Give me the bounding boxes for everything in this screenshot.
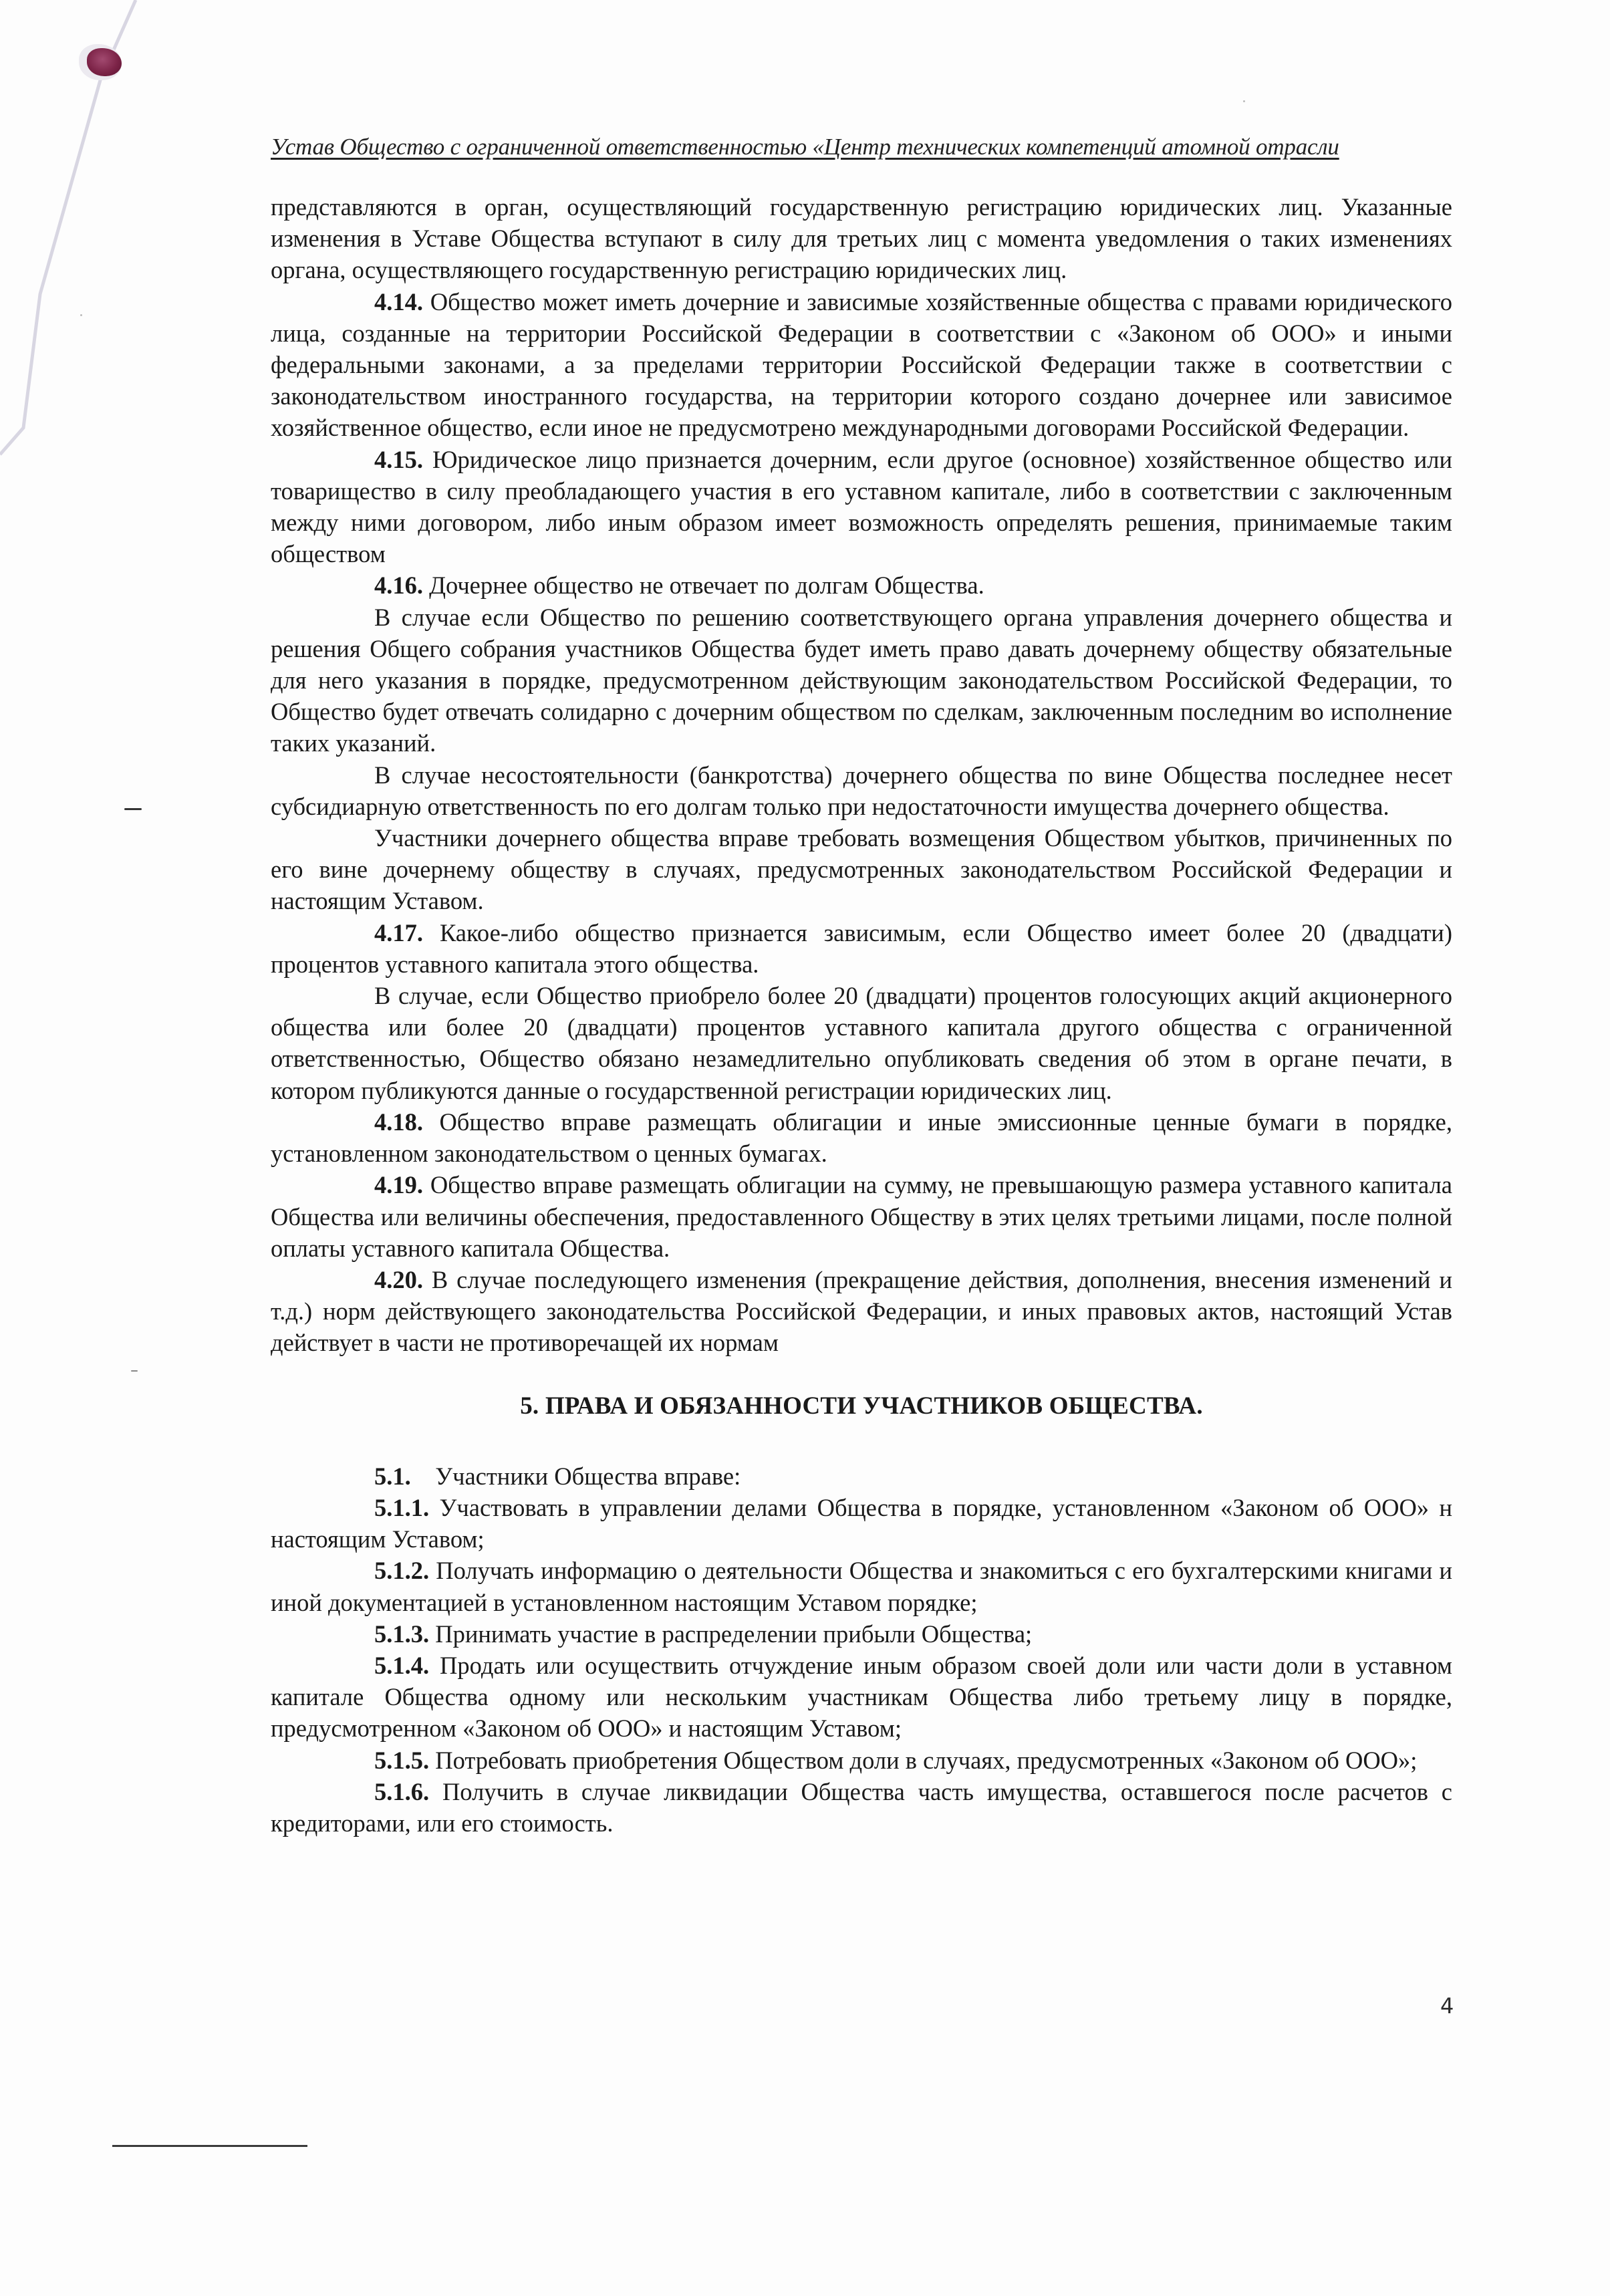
clause-5-1-4: 5.1.4. Продать или осуществить отчуждени…	[271, 1650, 1452, 1745]
scan-speck	[1243, 100, 1245, 102]
binding-thread-mark	[87, 48, 122, 76]
clause-5-1-3: 5.1.3. Принимать участие в распределении…	[271, 1618, 1452, 1650]
paragraph: В случае, если Общество приобрело более …	[271, 980, 1452, 1106]
clause-number: 4.20.	[374, 1266, 423, 1293]
clause-text: Принимать участие в распределении прибыл…	[435, 1620, 1032, 1648]
clause-text: Общество вправе размещать облигации и ин…	[271, 1108, 1452, 1167]
clause-number: 5.1.6.	[374, 1778, 429, 1805]
clause-text: Участвовать в управлении делами Общества…	[271, 1494, 1452, 1553]
paragraph-continuation: представляются в орган, осуществляющий г…	[271, 191, 1452, 286]
margin-pen-mark	[124, 808, 142, 810]
running-header: Устав Общество с ограниченной ответствен…	[271, 134, 1437, 160]
clause-number: 4.17.	[374, 919, 423, 946]
clause-text: Общество вправе размещать облигации на с…	[271, 1171, 1452, 1261]
clause-number: 4.14.	[374, 288, 423, 315]
paragraph: Участники дочернего общества вправе треб…	[271, 822, 1452, 917]
clause-text: Общество может иметь дочерние и зависимы…	[271, 288, 1452, 442]
clause-4-18: 4.18. Общество вправе размещать облигаци…	[271, 1106, 1452, 1169]
clause-text: Дочернее общество не отвечает по долгам …	[429, 571, 984, 599]
clause-4-14: 4.14. Общество может иметь дочерние и за…	[271, 286, 1452, 444]
clause-5-1-6: 5.1.6. Получить в случае ликвидации Обще…	[271, 1776, 1452, 1839]
clause-4-20: 4.20. В случае последующего изменения (п…	[271, 1264, 1452, 1359]
clause-4-17: 4.17. Какое-либо общество признается зав…	[271, 917, 1452, 980]
clause-5-1-2: 5.1.2. Получать информацию о деятельност…	[271, 1555, 1452, 1618]
clause-4-15: 4.15. Юридическое лицо признается дочерн…	[271, 444, 1452, 570]
clause-number: 5.1.1.	[374, 1494, 429, 1521]
clause-4-16: 4.16. Дочернее общество не отвечает по д…	[271, 569, 1452, 601]
section-heading: 5. ПРАВА И ОБЯЗАННОСТИ УЧАСТНИКОВ ОБЩЕСТ…	[271, 1390, 1452, 1422]
clause-text: Получить в случае ликвидации Общества ча…	[271, 1778, 1452, 1837]
clause-number: 4.15.	[374, 446, 423, 473]
scan-speck	[80, 314, 82, 316]
clause-5-1-1: 5.1.1. Участвовать в управлении делами О…	[271, 1492, 1452, 1555]
document-body: представляются в орган, осуществляющий г…	[271, 191, 1452, 1839]
page-number: 4	[1440, 1993, 1454, 2019]
clause-number: 5.1.3.	[374, 1620, 429, 1648]
paragraph: В случае несостоятельности (банкротства)…	[271, 759, 1452, 822]
clause-number: 5.1.4.	[374, 1652, 429, 1679]
paragraph: В случае если Общество по решению соотве…	[271, 602, 1452, 759]
clause-number: 4.18.	[374, 1108, 423, 1136]
clause-4-19: 4.19. Общество вправе размещать облигаци…	[271, 1169, 1452, 1264]
clause-text: Потребовать приобретения Обществом доли …	[435, 1747, 1417, 1774]
clause-text: Какое-либо общество признается зависимым…	[271, 919, 1452, 978]
clause-5-1: 5.1. Участники Общества вправе:	[271, 1460, 1452, 1492]
bottom-rule-mark	[112, 2145, 307, 2147]
margin-pen-mark	[131, 1370, 138, 1372]
clause-text: Юридическое лицо признается дочерним, ес…	[271, 446, 1452, 568]
clause-number: 4.16.	[374, 571, 423, 599]
clause-text: Получать информацию о деятельности Общес…	[271, 1557, 1452, 1616]
clause-text: Участники Общества вправе:	[435, 1462, 741, 1490]
clause-number: 5.1.5.	[374, 1747, 429, 1774]
clause-number: 4.19.	[374, 1171, 423, 1198]
page-fold-shadow	[0, 0, 174, 468]
clause-number: 5.1.2.	[374, 1557, 429, 1584]
clause-text: В случае последующего изменения (прекращ…	[271, 1266, 1452, 1356]
clause-number: 5.1.	[374, 1462, 411, 1490]
clause-text: Продать или осуществить отчуждение иным …	[271, 1652, 1452, 1742]
clause-5-1-5: 5.1.5. Потребовать приобретения Общество…	[271, 1745, 1452, 1776]
